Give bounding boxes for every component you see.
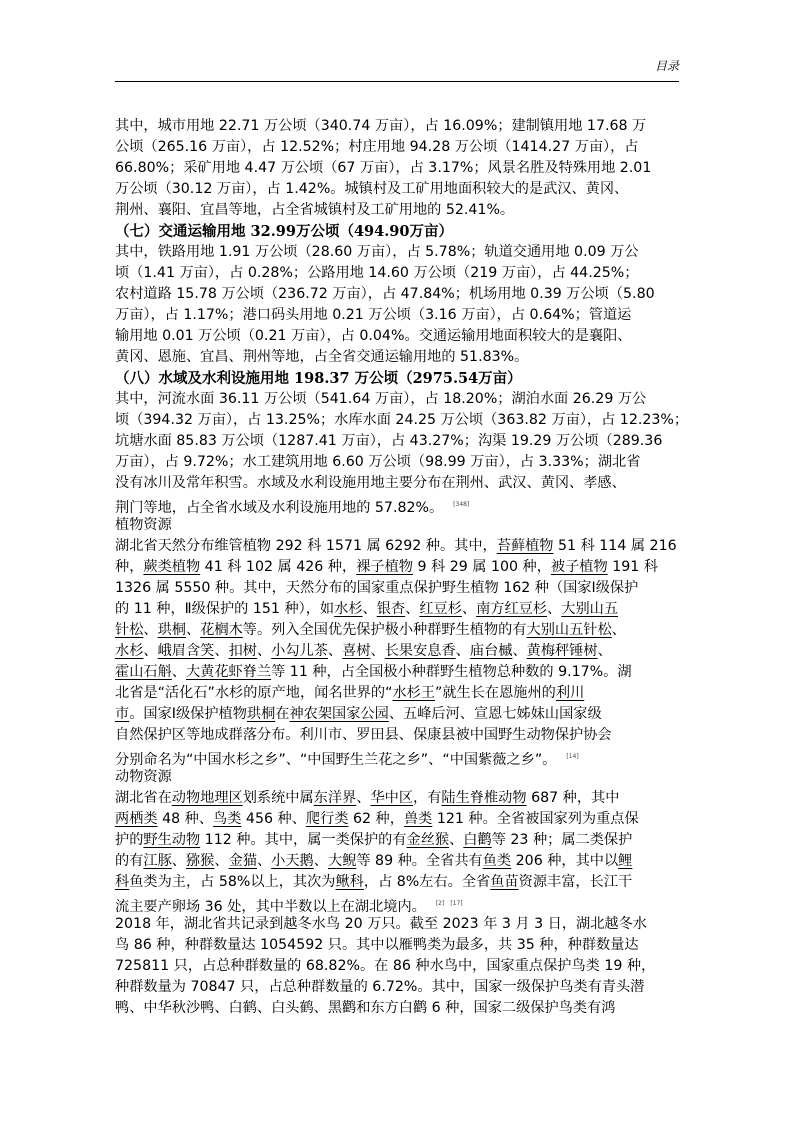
- link-ginkgo[interactable]: 银杏: [377, 601, 405, 617]
- text-line: 科鱼类为主，占 58%以上，其次为鳅科，占 8%左右。全省鱼苗资源丰富，长江干: [115, 872, 685, 893]
- section-title-animals: 动物资源: [115, 767, 685, 788]
- text-span: 的 11 种，Ⅱ级保护的 151 种），如: [115, 601, 334, 617]
- transport-land-paragraph: 其中，铁路用地 1.91 万公顷（28.60 万亩），占 5.78%；轨道交通用…: [115, 242, 685, 368]
- text-line: 黄冈、恩施、宜昌、荆州等地，占全省交通运输用地的 51.83%。: [115, 347, 685, 368]
- text-line: 自然保护区等地成群落分布。利川市、罗田县、保康县被中国野生动物保护协会: [115, 725, 685, 746]
- link-macaque[interactable]: 猕猴: [186, 853, 214, 869]
- link-sinojackia[interactable]: 黄梅秤锤树: [527, 643, 598, 659]
- text-line: 鸭、中华秋沙鸭、白鹤、白头鹤、黑鹳和东方白鹳 6 种，国家二级保护鸟类有鸿: [115, 998, 685, 1019]
- link-calanthe[interactable]: 大黄花虾脊兰: [186, 664, 271, 680]
- text-span: 。国家Ⅰ级保护植物: [129, 706, 247, 722]
- text-line: 1326 属 5550 种。其中，天然分布的国家重点保护野生植物 162 种（国…: [115, 578, 685, 599]
- text-span: 分别命名为“中国水杉之乡”、“中国野生兰花之乡”、“中国紫薇之乡”。: [115, 752, 556, 768]
- link-gymnosperms[interactable]: 裸子植物: [356, 559, 413, 575]
- waterbirds-paragraph: 2018 年，湖北省共记录到越冬水鸟 20 万只。截至 2023 年 3 月 3…: [115, 914, 685, 1019]
- text-line: 农村道路 15.78 万公顷（236.72 万亩），占 47.84%；机场用地 …: [115, 284, 685, 305]
- separator: 、: [143, 622, 157, 638]
- link-metasequoia[interactable]: 水杉: [334, 601, 362, 617]
- urban-land-paragraph: 其中，城市用地 22.71 万公顷（340.74 万亩），占 16.09%；建制…: [115, 116, 685, 221]
- text-line: 种群数量为 70847 只，占总种群数量的 6.72%。其中，国家一级保护鸟类有…: [115, 977, 685, 998]
- link-mammals[interactable]: 兽类: [404, 811, 432, 827]
- text-line: 其中，河流水面 36.11 万公顷（541.64 万亩），占 18.20%；湖泊…: [115, 389, 685, 410]
- text-span: 48 种、: [158, 811, 213, 827]
- text-span: 流主要产卵场 36 处，其中半数以上在湖北境内。: [115, 899, 426, 915]
- link-fry[interactable]: 鱼苗: [490, 874, 518, 890]
- text-line: 水杉、峨眉含笑、扣树、小勾儿茶、喜树、长果安息香、庙台槭、黄梅秤锤树、: [115, 641, 685, 662]
- separator: 、: [257, 853, 271, 869]
- link-taxus[interactable]: 红豆杉: [419, 601, 462, 617]
- separator: 、: [172, 664, 186, 680]
- text-span: 687 种，其中: [527, 790, 620, 806]
- citation-ref[interactable]: [2]: [436, 900, 445, 907]
- link-dabieshan-pine[interactable]: 针松: [115, 622, 143, 638]
- text-line: 输用地 0.01 万公顷（0.21 万亩），占 0.04%。交通运输用地面积较大…: [115, 326, 685, 347]
- water-land-paragraph: 其中，河流水面 36.11 万公顷（541.64 万亩），占 18.20%；湖泊…: [115, 389, 685, 515]
- link-cyprinidae[interactable]: 鲤: [618, 853, 632, 869]
- text-line: 鸟 86 种，种群数量达 1054592 只。其中以雁鸭类为最多，共 35 种，…: [115, 935, 685, 956]
- link-ferns[interactable]: 蕨类植物: [143, 559, 200, 575]
- link-ormosia[interactable]: 花榈木: [200, 622, 243, 638]
- text-line: 护的野生动物 112 种。其中，属一类保护的有金丝猴、白鹳等 23 种；属二类保…: [115, 830, 685, 851]
- link-metasequoia-2[interactable]: 水杉: [115, 643, 143, 659]
- text-span: 62 种，: [348, 811, 403, 827]
- header-divider: [115, 81, 679, 82]
- text-span: 191 科: [608, 559, 658, 575]
- link-metasequoia-king[interactable]: 水杉王: [392, 685, 435, 701]
- separator: 、: [598, 643, 612, 659]
- link-cobitidae[interactable]: 鳅科: [336, 874, 364, 890]
- separator: 、: [214, 853, 228, 869]
- text-span: 的有: [115, 853, 143, 869]
- link-camptotheca[interactable]: 喜树: [342, 643, 370, 659]
- link-southern-taxus[interactable]: 南方红豆杉: [476, 601, 547, 617]
- text-span: 等 11 种，占全国极小种群野生植物总种数的 9.17%。湖: [271, 664, 631, 680]
- link-amphibians[interactable]: 两栖类: [115, 811, 158, 827]
- text-span: 荆门等地，占全省水域及水利设施用地的 57.82%。: [115, 500, 443, 516]
- document-body: 其中，城市用地 22.71 万公顷（340.74 万亩），占 16.09%；建制…: [115, 116, 685, 1019]
- text-span: ”就生长在恩施州的: [435, 685, 556, 701]
- link-fish[interactable]: 鱼类: [483, 853, 511, 869]
- link-golden-cat[interactable]: 金猫: [229, 853, 257, 869]
- separator: 、: [143, 643, 157, 659]
- text-span: 资源丰富，长江干: [519, 874, 633, 890]
- text-line: 万亩），占 1.17%；港口码头用地 0.21 万公顷（3.16 万亩），占 0…: [115, 305, 685, 326]
- text-line: 的有江豚、猕猴、金猫、小天鹅、大鲵等 89 种。全省共有鱼类 206 种，其中以…: [115, 851, 685, 872]
- separator: 、: [314, 853, 328, 869]
- link-bryophytes[interactable]: 苔藓植物: [497, 538, 554, 554]
- citation-ref[interactable]: [17]: [450, 900, 462, 907]
- animals-paragraph: 湖北省在动物地理区划系统中属东洋界、华中区，有陆生脊椎动物 687 种，其中 两…: [115, 788, 685, 914]
- link-golden-monkey[interactable]: 金丝猴: [407, 832, 450, 848]
- link-white-stork[interactable]: 白鹳: [463, 832, 491, 848]
- link-cyprinidae-2[interactable]: 科: [115, 874, 129, 890]
- text-line: 2018 年，湖北省共记录到越冬水鸟 20 万只。截至 2023 年 3 月 3…: [115, 914, 685, 935]
- link-dendrobium[interactable]: 霍山石斛: [115, 664, 172, 680]
- link-koushu[interactable]: 扣树: [229, 643, 257, 659]
- text-line: 市。国家Ⅰ级保护植物珙桐在神农架国家公园、五峰后河、宣恩七姊妹山国家级: [115, 704, 685, 725]
- text-span: 种，: [115, 559, 143, 575]
- link-finless-porpoise[interactable]: 江豚: [143, 853, 171, 869]
- text-line: 霍山石斛、大黄花虾脊兰等 11 种，占全国极小种群野生植物总种数的 9.17%。…: [115, 662, 685, 683]
- text-line: 坑塘水面 85.83 万公顷（1287.41 万亩），占 43.27%；沟渠 1…: [115, 431, 685, 452]
- separator: 、: [172, 853, 186, 869]
- text-span: 456 种、: [241, 811, 305, 827]
- link-dove-tree[interactable]: 珙桐: [158, 622, 186, 638]
- page-header: 目录: [115, 55, 679, 83]
- separator: 、: [512, 643, 526, 659]
- text-line: 荆门等地，占全省水域及水利设施用地的 57.82%。[348]: [115, 494, 685, 515]
- link-terrestrial-vertebrates[interactable]: 陆生脊椎动物: [441, 790, 526, 806]
- separator: 、: [186, 622, 200, 638]
- text-line: 北省是“活化石”水杉的原产地，闻名世界的“水杉王”就生长在恩施州的利川: [115, 683, 685, 704]
- text-span: 湖北省天然分布维管植物 292 科 1571 属 6292 种。其中，: [115, 538, 497, 554]
- text-line: 流主要产卵场 36 处，其中半数以上在湖北境内。[2][17]: [115, 893, 685, 914]
- text-line: 顷（394.32 万亩），占 13.25%；水库水面 24.25 万公顷（363…: [115, 410, 685, 431]
- text-line: 两栖类 48 种、鸟类 456 种、爬行类 62 种，兽类 121 种。全省被国…: [115, 809, 685, 830]
- link-oriental-realm[interactable]: 东洋界: [314, 790, 357, 806]
- text-line: 66.80%；采矿用地 4.47 万公顷（67 万亩），占 3.17%；风景名胜…: [115, 158, 685, 179]
- link-styrax[interactable]: 长果安息香: [385, 643, 456, 659]
- separator: 、: [456, 643, 470, 659]
- separator: 、: [371, 643, 385, 659]
- link-birds[interactable]: 鸟类: [213, 811, 241, 827]
- text-line: 的 11 种，Ⅱ级保护的 151 种），如水杉、银杏、红豆杉、南方红豆杉、大别山…: [115, 599, 685, 620]
- link-lichuan[interactable]: 利川: [556, 685, 584, 701]
- link-berchemiella[interactable]: 小勾儿茶: [271, 643, 328, 659]
- text-line: 725811 只，占总种群数量的 68.82%。在 86 种水鸟中，国家重点保护…: [115, 956, 685, 977]
- text-span: 41 科 102 属 426 种，: [200, 559, 356, 575]
- text-span: 等 23 种；属二类保护: [492, 832, 633, 848]
- separator: 、: [462, 601, 476, 617]
- separator: 、: [257, 643, 271, 659]
- separator: 、: [328, 643, 342, 659]
- text-line: 针松、珙桐、花榈木等。列入全国优先保护极小种群野生植物的有大别山五针松、: [115, 620, 685, 641]
- separator: 、: [214, 643, 228, 659]
- link-wildlife[interactable]: 野生动物: [143, 832, 200, 848]
- text-span: 在: [275, 706, 289, 722]
- text-line: 其中，铁路用地 1.91 万公顷（28.60 万亩），占 5.78%；轨道交通用…: [115, 242, 685, 263]
- link-reptiles[interactable]: 爬行类: [306, 811, 349, 827]
- text-line: 湖北省天然分布维管植物 292 科 1571 属 6292 种。其中，苔藓植物 …: [115, 536, 685, 557]
- text-span: 等。列入全国优先保护极小种群野生植物的有: [243, 622, 527, 638]
- text-span: 湖北省在: [115, 790, 172, 806]
- text-span: 121 种。全省被国家列为重点保: [432, 811, 638, 827]
- section-heading-water: （八）水域及水利设施用地 198.37 万公顷（2975.54万亩）: [115, 368, 685, 389]
- text-span: ，有: [413, 790, 441, 806]
- separator: 、: [612, 622, 626, 638]
- separator: 、: [449, 832, 463, 848]
- separator: 、: [405, 601, 419, 617]
- text-span: 、五峰后河、宣恩七姊妹山国家级: [389, 706, 602, 722]
- text-line: 其中，城市用地 22.71 万公顷（340.74 万亩），占 16.09%；建制…: [115, 116, 685, 137]
- text-line: 种，蕨类植物 41 科 102 属 426 种，裸子植物 9 科 29 属 10…: [115, 557, 685, 578]
- link-shennongjia[interactable]: 神农架国家公园: [289, 706, 388, 722]
- link-michelia[interactable]: 峨眉含笑: [158, 643, 215, 659]
- text-line: 顷（1.41 万亩），占 0.28%；公路用地 14.60 万公顷（219 万亩…: [115, 263, 685, 284]
- link-dabieshan-pine[interactable]: 大别山五: [561, 601, 618, 617]
- section-heading-transport: （七）交通运输用地 32.99万公顷（494.90万亩）: [115, 221, 685, 242]
- citation-ref[interactable]: [348]: [453, 501, 469, 508]
- link-central-china-region[interactable]: 华中区: [370, 790, 413, 806]
- text-span: 北省是“活化石”水杉的原产地，闻名世界的“: [115, 685, 392, 701]
- text-span: 206 种，其中以: [511, 853, 618, 869]
- text-line: 万公顷（30.12 万亩），占 1.42%。城镇村及工矿用地面积较大的是武汉、黄…: [115, 179, 685, 200]
- header-title: 目录: [655, 57, 679, 74]
- link-zoogeographic-region[interactable]: 动物地理区: [172, 790, 243, 806]
- separator: 、: [363, 601, 377, 617]
- text-span: 鱼类为主，占 58%以上，其次为: [129, 874, 335, 890]
- text-span: 等 89 种。全省共有: [356, 853, 482, 869]
- text-line: 没有冰川及常年积雪。水域及水利设施用地主要分布在荆州、武汉、黄冈、孝感、: [115, 473, 685, 494]
- separator: 、: [547, 601, 561, 617]
- text-span: 护的: [115, 832, 143, 848]
- link-giant-salamander[interactable]: 大鲵: [328, 853, 356, 869]
- link-lichuan-city[interactable]: 市: [115, 706, 129, 722]
- link-dove-tree-2[interactable]: 珙桐: [247, 706, 275, 722]
- link-angiosperms[interactable]: 被子植物: [551, 559, 608, 575]
- separator: 、: [356, 790, 370, 806]
- text-line: 荆州、襄阳、宜昌等地，占全省城镇村及工矿用地的 52.41%。: [115, 200, 685, 221]
- text-span: 51 科 114 属 216: [554, 538, 677, 554]
- text-line: 万亩），占 9.72%；水工建筑用地 6.60 万公顷（98.99 万亩），占 …: [115, 452, 685, 473]
- section-title-plants: 植物资源: [115, 515, 685, 536]
- text-line: 公顷（265.16 万亩），占 12.52%；村庄用地 94.28 万公顷（14…: [115, 137, 685, 158]
- text-line: 分别命名为“中国水杉之乡”、“中国野生兰花之乡”、“中国紫薇之乡”。[14]: [115, 746, 685, 767]
- citation-ref[interactable]: [14]: [566, 753, 578, 760]
- link-acer-miaotaiense[interactable]: 庙台槭: [470, 643, 513, 659]
- plants-paragraph: 湖北省天然分布维管植物 292 科 1571 属 6292 种。其中，苔藓植物 …: [115, 536, 685, 767]
- link-tundra-swan[interactable]: 小天鹅: [271, 853, 314, 869]
- link-dabieshan-pine-2[interactable]: 大别山五针松: [527, 622, 612, 638]
- text-span: ，占 8%左右。全省: [364, 874, 490, 890]
- text-span: 112 种。其中，属一类保护的有: [200, 832, 406, 848]
- text-span: 9 科 29 属 100 种，: [413, 559, 551, 575]
- text-line: 湖北省在动物地理区划系统中属东洋界、华中区，有陆生脊椎动物 687 种，其中: [115, 788, 685, 809]
- text-span: 划系统中属: [243, 790, 314, 806]
